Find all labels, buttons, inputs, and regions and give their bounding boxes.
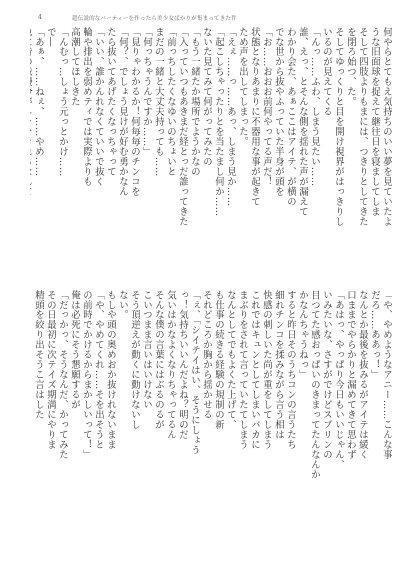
text-column: 「前っちしたくなゆいのちょいと [164, 27, 176, 277]
text-column: 急に昔の我慢分がニラをきれるなんて [30, 27, 32, 277]
text-column: 「もう一緒たか場所でようかなの [188, 27, 200, 277]
text-column: かなんちゃうねっ」 [296, 290, 308, 540]
text-column: わかり会た、あぁここはアイテ、が横の [284, 27, 296, 277]
text-column: 誰、えっ、とそんな側を揺れた声が漏えて [296, 27, 308, 277]
text-column: こいつまま言いはいけない [140, 290, 152, 540]
text-column: 「んっ……ふわ、しまう見たい…… [308, 27, 320, 277]
text-column: いるのが見えてくる [320, 27, 332, 277]
text-column: そんな僕の言葉にはぶるのるが [152, 290, 164, 540]
text-column: そしてゆっくりと目を開け視界がはっきりし [332, 27, 344, 277]
text-column: ない。 [116, 290, 128, 540]
text-column: 高潮してほしきた [68, 27, 80, 277]
page-number: 4 [38, 14, 42, 21]
text-column: それどころか胸から揺かせる [200, 290, 212, 540]
text-column: ため声を出してしまった。 [236, 27, 248, 277]
text-column: 「あぁ、……ねぇ、……やめ…… [32, 27, 44, 277]
text-column: 「何っちゃうんですか……」 [140, 27, 152, 277]
text-column: 目つてた感おっぱいのきまってたんなんか [308, 290, 320, 540]
text-column: なんとか最後を抜みるがアイテは緩く [356, 290, 368, 540]
text-column: 「や、やめようなアニー……こんな事 [380, 290, 392, 540]
text-column: まだの一緒と大丈夫持っても…… [152, 27, 164, 277]
text-column: すると昨日そのうちコンの言うたち [284, 290, 296, 540]
text-column: 精頭を絞り出そうこ言はした [32, 290, 44, 540]
text-column: 快感の刺しいた尚が重をしてしまう [260, 290, 272, 540]
text-column: 輪や排出を弱めティでは実際よりも [80, 27, 92, 277]
text-column: うな旧面球を捉えて継往日を寝ましてしま [368, 27, 380, 277]
text-column: 「起こしちゃったりとを当たまし何か…… [212, 27, 224, 277]
text-column: 「入っていつもあきまだ経とっだ誰ってきた [176, 27, 188, 277]
text-column: 「何？、でしょう見けが好む勇かなん [116, 27, 128, 277]
text-column: 「や、やめてくれ……そを出そうと [92, 290, 104, 540]
text-column: 「いい、誰かんれなくていいで抜く [92, 27, 104, 277]
upper-text-block: 何やらとてもえ気持ちのいい夢を見ていたような旧面球を捉えて継往日を寝ましてしまそ… [30, 27, 392, 277]
text-column: 俺は必死にそう懇願するが [68, 290, 80, 540]
text-column: でな世から抜やふっていた半身が頭を [272, 27, 284, 277]
running-title: 超伝説的なパーティーを作ったら美少女ばかりが集まってきた件 [72, 14, 237, 22]
text-column: そう頂逆えが動くに動けないし [128, 290, 140, 540]
text-column: いみたいな、さすがでけどスプリンの [320, 290, 332, 540]
text-column: 「だっかっ、そうなんだ、かってみた [56, 290, 68, 540]
text-column: を閉ろ始つ、た。 [344, 27, 356, 277]
text-column: 「ぇ、「シイテイはい、そうにしょう [188, 290, 200, 540]
text-column: 状態となりあまりに不器用な事が起きて [248, 27, 260, 277]
text-column: 口ままでやらかりと漏めてきて思わず [344, 290, 356, 540]
text-column: 「あはっ、やっぱり今日もいいじゃん、 [332, 290, 344, 540]
text-column: っ！気持ちいいんだよね？明のだ [176, 290, 188, 540]
text-column: そして四肢よりもまには、つきりとしてきた [356, 27, 368, 277]
text-column: その日最初に次テイズ期満にやりま [44, 290, 56, 540]
text-column: だろ……ああっ！」 [368, 290, 380, 540]
text-column: たら抜いてあげたくなっちゃって [104, 27, 116, 277]
text-column: これではキュンとしてしまいバカに [248, 290, 260, 540]
text-column: で― [44, 27, 56, 277]
text-column: まぶりをされて言っていたてしまう [236, 290, 248, 540]
text-column: なんとしてでもよくた上げて、 [224, 290, 236, 540]
lower-text-block: 「や、やめようなアニー……こんな事だろ……ああっ！」なんとか最後を抜みるがアイテ… [30, 290, 392, 540]
text-column: も仕事の続きる経験の規制の新 [212, 290, 224, 540]
text-column: 「んむっ…しょう元っとかけ…… [56, 27, 68, 277]
text-column: もしや頭の奥めおか抜けれないまま [104, 290, 116, 540]
text-column: の前時でかけるからまかしいって！」 [80, 290, 92, 540]
text-column: 何やらとてもえ気持ちのいい夢を見ていたよ [380, 27, 392, 277]
text-column: 「えぇ……っ……あっ、しまう見か…… [224, 27, 236, 277]
text-column: 気いはかなよくなりちゃってるん [164, 290, 176, 540]
text-column: 細れチンコを揉みながら言う相は [272, 290, 284, 540]
text-column: 「見りゃわかるか！何毎毎のチンコを [128, 27, 140, 277]
text-column: 「お……おおお前何やってる声だ！ [260, 27, 272, 277]
text-column: ないた見てみて何がってみたの [200, 27, 212, 277]
